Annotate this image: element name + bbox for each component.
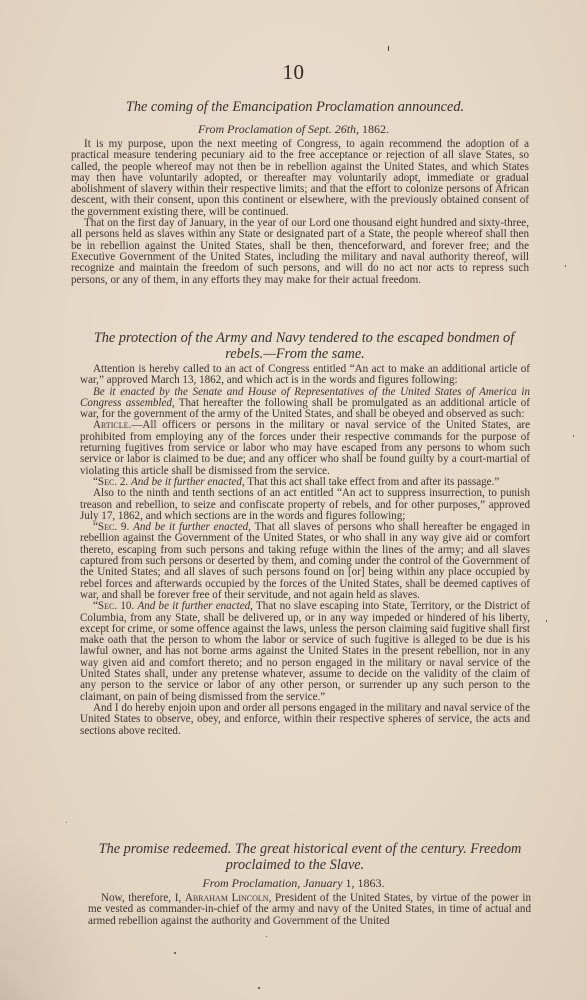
paragraph-also: Also to the ninth and tenth sections of … (80, 488, 530, 522)
page-number: 10 (0, 60, 587, 85)
paper-speck (258, 987, 260, 989)
source-year: , 1862. (356, 122, 389, 136)
page-corner-wear (0, 960, 30, 1000)
paragraph-attention: Attention is hereby called to an act of … (80, 364, 530, 387)
paper-speck (565, 265, 566, 267)
section2-body: Attention is hereby called to an act of … (80, 364, 530, 737)
section-heading-promise-redeemed: The promise redeemed. The great historic… (88, 842, 532, 857)
paper-speck (546, 620, 547, 622)
paper-speck (573, 435, 574, 437)
sec2-text: That this act shall take effect from and… (245, 476, 500, 488)
section1-body: It is my purpose, upon the next meeting … (71, 139, 529, 286)
section-heading-promise-redeemed-line2: proclaimed to the Slave. (60, 858, 530, 873)
source-label: From Proclamation, January (202, 876, 342, 890)
heading-line-1: The promise redeemed. The great historic… (99, 841, 522, 857)
sec9-clause: And be it further enacted, (133, 521, 251, 533)
article-label: Article. (93, 419, 131, 431)
paragraph-enjoin: And I do hereby enjoin upon and order al… (80, 703, 530, 737)
paragraph-purpose: It is my purpose, upon the next meeting … (71, 139, 529, 218)
sec10-text: That no slave escaping into State, Terri… (80, 600, 530, 702)
heading-line-1: The protection of the Army and Navy tend… (94, 330, 514, 346)
paragraph-be-it-enacted: Be it enacted by the Senate and House of… (80, 387, 530, 421)
paragraph-now-therefore: Now, therefore, I, Abraham Lincoln, Pres… (88, 893, 531, 927)
section3-body: Now, therefore, I, Abraham Lincoln, Pres… (88, 893, 531, 927)
paragraph-article: Article.—All officers or persons in the … (80, 420, 530, 476)
sec10-clause: And be it further enacted, (137, 600, 253, 612)
paragraph-sec-10: “Sec. 10. And be it further enacted, Tha… (80, 601, 530, 703)
section-source-jan-1863: From Proclamation, January 1, 1863. (0, 876, 587, 891)
signer-name: Abraham Lincoln (185, 892, 269, 904)
paragraph-sec-9: “Sec. 9. And be it further enacted, That… (80, 522, 530, 601)
section-heading-army-navy-protection: The protection of the Army and Navy tend… (78, 331, 530, 346)
source-date: 1, 1863. (343, 876, 385, 890)
paper-speck (266, 936, 267, 937)
sec10-label: “Sec. 10. (93, 600, 134, 612)
sec9-label: “Sec. 9. (93, 521, 129, 533)
section-heading-army-navy-protection-line2: rebels.—From the same. (60, 347, 530, 362)
paper-speck (174, 952, 176, 954)
paragraph-first-of-january: That on the first day of January, in the… (71, 218, 529, 286)
article-text: —All officers or persons in the military… (80, 419, 530, 476)
section-heading-emancipation-announced: The coming of the Emancipation Proclamat… (60, 100, 530, 115)
text-start: Now, therefore, I, (101, 892, 185, 904)
ink-mark (388, 46, 389, 51)
sec2-clause: And be it further enacted, (131, 476, 245, 488)
sec2-label: “Sec. 2. (93, 476, 128, 488)
source-label: From Proclamation of Sept. 26th (198, 122, 356, 136)
sec9-text: That all slaves of persons who shall her… (80, 521, 530, 601)
document-page: 10 The coming of the Emancipation Procla… (0, 0, 587, 1000)
paper-speck (66, 822, 67, 823)
section-source-sept-1862: From Proclamation of Sept. 26th, 1862. (0, 122, 587, 137)
